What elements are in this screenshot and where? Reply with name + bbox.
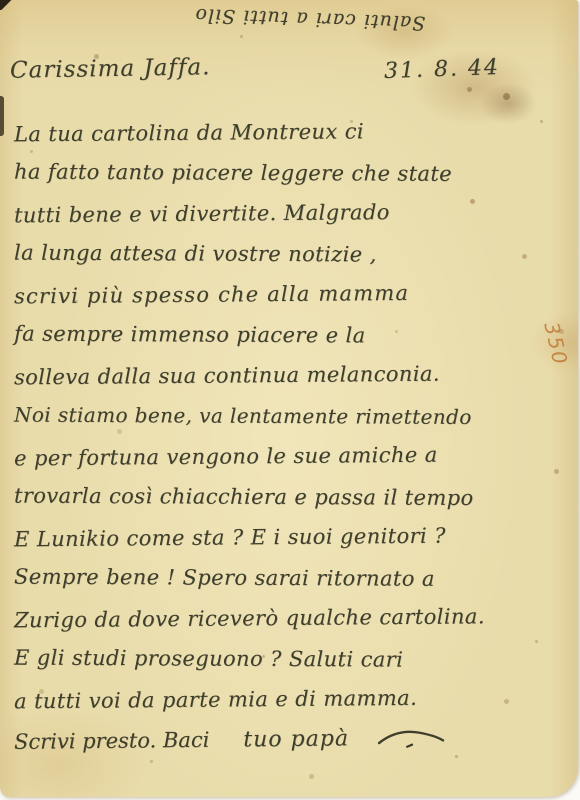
letter-date: 31. 8. 44 (384, 55, 501, 84)
letter-body: La tua cartolina da Montreux ci ha fatto… (14, 112, 562, 720)
letter-line: e per fortuna vengono le sue amiche a (14, 434, 562, 479)
letter-line: Zurigo da dove riceverò qualche cartolin… (14, 596, 562, 641)
scan-artifact-corner (0, 0, 14, 10)
letter-line: E Lunikio come sta ? E i suoi genitori ? (14, 515, 562, 560)
scan-artifact-edge (0, 96, 4, 136)
letter-line: solleva dalla sua continua melanconia. (14, 353, 562, 398)
postcard-scan: Saluti cari a tutti Silo Carissima Jaffa… (0, 0, 580, 800)
salutation: Carissima Jaffa. (10, 54, 211, 83)
letter-line: La tua cartolina da Montreux ci (14, 110, 562, 155)
signature: tuo papà (243, 726, 349, 752)
letter-line: scrivi più spesso che alla mamma (14, 272, 562, 317)
letter-line: Sempre bene ! Spero sarai ritornato a (14, 556, 562, 599)
letter-line: Noi stiamo bene, va lentamente rimettend… (14, 394, 562, 437)
letter-line: tutti bene e vi divertite. Malgrado (14, 191, 562, 236)
closing-row: Scrivi presto. Baci tuo papà (14, 723, 562, 755)
letter-header: Carissima Jaffa. 31. 8. 44 (10, 56, 570, 82)
letter-line: fa sempre immenso piacere e la (14, 313, 562, 356)
closing-text: Scrivi presto. Baci (14, 728, 210, 754)
letter-line: la lunga attesa di vostre notizie , (14, 232, 562, 275)
postcard-paper: Saluti cari a tutti Silo Carissima Jaffa… (0, 0, 578, 797)
inverted-handwritten-note: Saluti cari a tutti Silo (110, 1, 511, 37)
letter-line: a tutti voi da parte mia e di mamma. (14, 677, 562, 722)
letter-line: ha fatto tanto piacere leggere che state (14, 151, 562, 194)
letter-line: trovarla così chiacchiera e passa il tem… (14, 475, 562, 518)
letter-line: E gli studi proseguono ? Saluti cari (14, 637, 562, 680)
signature-flourish-icon (377, 728, 447, 753)
